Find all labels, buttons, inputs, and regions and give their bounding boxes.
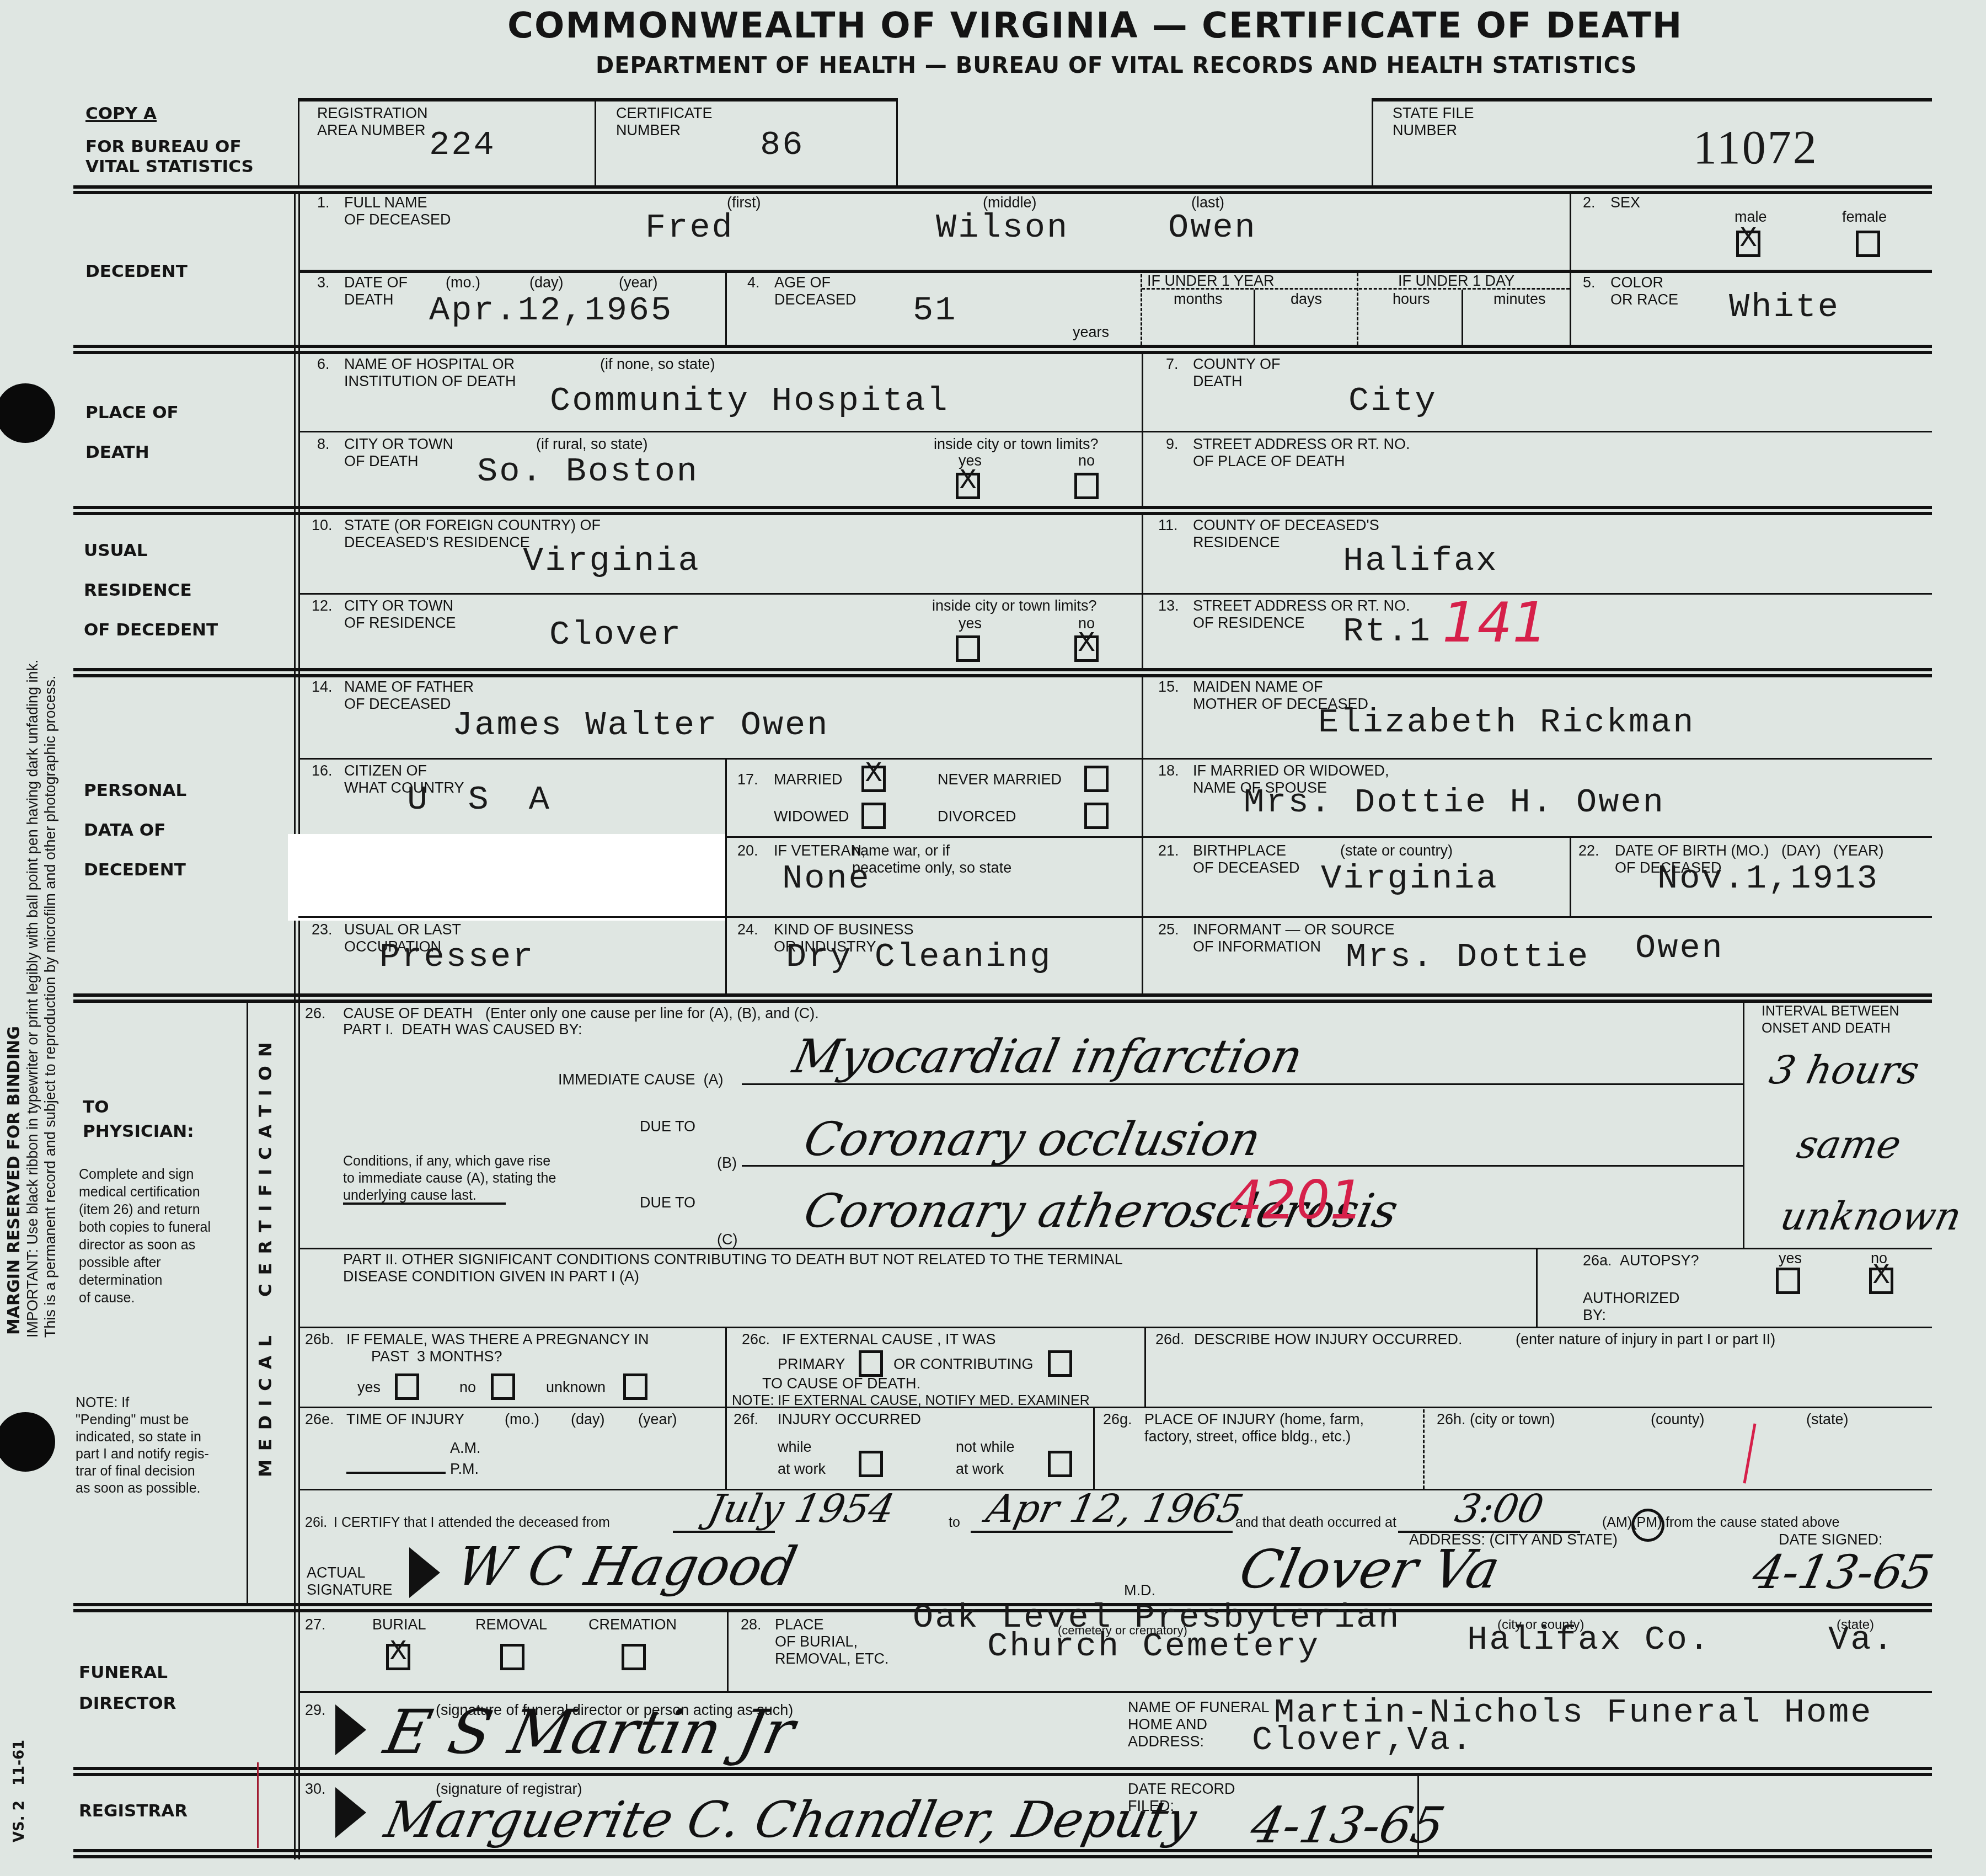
signature-arrow-icon	[409, 1547, 440, 1598]
death-inside-limits-yes-checkbox[interactable]: X	[956, 473, 980, 499]
veteran-field[interactable]: None	[782, 859, 871, 898]
mother-maiden-name-field[interactable]: Elizabeth Rickman	[1318, 703, 1695, 742]
interval-label: INTERVAL BETWEEN ONSET AND DEATH	[1762, 1003, 1899, 1037]
time-of-injury-label: TIME OF INJURY	[346, 1411, 464, 1428]
copy-a-purpose: FOR BUREAU OF VITAL STATISTICS	[85, 137, 254, 177]
widowed-checkbox[interactable]	[861, 803, 886, 829]
cause-code-annotation: 4201	[1229, 1169, 1363, 1231]
age-field[interactable]: 51	[913, 291, 957, 330]
hospital-field[interactable]: Community Hospital	[550, 382, 949, 420]
autopsy-yes-checkbox[interactable]	[1776, 1268, 1800, 1294]
copy-a-label: COPY A	[85, 104, 157, 124]
attended-from-field[interactable]: July 1954	[703, 1484, 899, 1533]
sex-female-checkbox[interactable]	[1856, 231, 1880, 257]
race-field[interactable]: White	[1729, 288, 1840, 327]
death-inside-limits-no-checkbox[interactable]	[1074, 473, 1099, 499]
race-label: COLOR OR RACE	[1610, 274, 1678, 308]
birthplace-field[interactable]: Virginia	[1321, 859, 1498, 898]
time-of-death-field[interactable]: 3:00	[1450, 1484, 1548, 1533]
informant-field[interactable]: Mrs. Dottie	[1346, 938, 1589, 976]
registration-area-label: REGISTRATION AREA NUMBER	[317, 105, 428, 139]
place-of-injury-label: PLACE OF INJURY (home, farm, factory, st…	[1144, 1411, 1364, 1445]
cremation-checkbox[interactable]	[622, 1644, 646, 1670]
date-signed-field[interactable]: 4-13-65	[1748, 1547, 1937, 1597]
interval-c-field[interactable]: unknown	[1776, 1191, 1966, 1241]
funeral-director-signature-field[interactable]: E S Martin Jr	[379, 1702, 800, 1762]
physician-address-field[interactable]: Clover Va	[1235, 1544, 1503, 1594]
never-married-checkbox[interactable]	[1084, 766, 1109, 792]
pregnancy-unknown-checkbox[interactable]	[623, 1373, 647, 1400]
physician-instructions: Complete and sign medical certification …	[79, 1166, 211, 1307]
city-of-death-label: CITY OR TOWN OF DEATH	[344, 436, 453, 470]
margin-binding-note: MARGIN RESERVED FOR BINDING	[4, 1026, 24, 1335]
section-to-physician: TO PHYSICIAN:	[83, 1095, 194, 1143]
injury-time-line[interactable]	[346, 1472, 446, 1474]
pregnancy-yes-checkbox[interactable]	[395, 1373, 419, 1400]
interval-b-field[interactable]: same	[1792, 1120, 1905, 1169]
state-file-number[interactable]: 11072	[1693, 122, 1818, 172]
section-registrar: REGISTRAR	[79, 1801, 188, 1821]
injury-not-at-work-checkbox[interactable]	[1048, 1451, 1072, 1477]
removal-checkbox[interactable]	[500, 1644, 524, 1670]
injury-at-work-checkbox[interactable]	[859, 1451, 883, 1477]
industry-field[interactable]: Dry Cleaning	[786, 938, 1052, 976]
full-name-label: FULL NAME OF DECEASED	[344, 194, 451, 228]
section-decedent: DECEDENT	[85, 261, 188, 281]
registrar-signature-field[interactable]: Marguerite C. Chandler, Deputy	[381, 1795, 1200, 1845]
age-label: AGE OF DECEASED	[774, 274, 857, 308]
binding-hole-bottom	[0, 1412, 55, 1472]
external-primary-checkbox[interactable]	[859, 1350, 883, 1377]
interval-a-field[interactable]: 3 hours	[1765, 1045, 1924, 1095]
funeral-home-address-field[interactable]: Clover,Va.	[1252, 1721, 1474, 1760]
attended-to-field[interactable]: Apr 12, 1965	[982, 1484, 1248, 1533]
burial-county-field[interactable]: Halifax Co.	[1467, 1621, 1711, 1659]
funeral-signature-arrow-icon	[335, 1704, 366, 1755]
redacted-field-19	[288, 834, 725, 921]
divorced-checkbox[interactable]	[1084, 803, 1109, 829]
registrar-signature-arrow-icon	[335, 1787, 366, 1838]
immediate-cause-field[interactable]: Myocardial infarction	[789, 1031, 1307, 1081]
section-usual-residence: USUAL RESIDENCE OF DECEDENT	[84, 541, 218, 640]
cause-of-death-label: CAUSE OF DEATH	[343, 1005, 473, 1022]
margin-important-note: IMPORTANT: Use black ribbon in typewrite…	[24, 659, 41, 1338]
form-code: VS. 2 11-61	[11, 1740, 28, 1842]
residence-city-label: CITY OR TOWN OF RESIDENCE	[344, 597, 456, 632]
state-file-label: STATE FILE NUMBER	[1393, 105, 1474, 139]
burial-checkbox[interactable]: X	[386, 1644, 410, 1670]
city-of-death-field[interactable]: So. Boston	[477, 452, 699, 491]
middle-name-field[interactable]: Wilson	[936, 209, 1069, 247]
residence-city-field[interactable]: Clover	[549, 616, 682, 654]
pregnancy-label: IF FEMALE, WAS THERE A PREGNANCY IN PAST…	[346, 1331, 649, 1365]
pregnancy-no-checkbox[interactable]	[491, 1373, 515, 1400]
certificate-number-label: CERTIFICATE NUMBER	[616, 105, 713, 139]
section-funeral-director: FUNERAL DIRECTOR	[79, 1665, 176, 1711]
injury-description-label: DESCRIBE HOW INJURY OCCURRED.	[1194, 1331, 1463, 1348]
pm-circle[interactable]	[1631, 1509, 1664, 1542]
date-of-death-field[interactable]: Apr.12,1965	[429, 291, 673, 330]
registration-area-number[interactable]: 224	[429, 126, 496, 164]
burial-state-field[interactable]: Va.	[1828, 1621, 1895, 1659]
medical-certification-label: MEDICAL CERTIFICATION	[255, 1033, 276, 1477]
certificate-title: COMMONWEALTH OF VIRGINIA — CERTIFICATE O…	[507, 6, 1683, 46]
residence-state-field[interactable]: Virginia	[523, 542, 700, 580]
external-contributing-checkbox[interactable]	[1048, 1350, 1072, 1377]
section-place-of-death: PLACE OF DEATH	[85, 403, 179, 462]
certificate-number[interactable]: 86	[760, 126, 804, 164]
spouse-name-field[interactable]: Mrs. Dottie H. Owen	[1244, 783, 1665, 822]
occupation-field[interactable]: Presser	[379, 938, 534, 976]
physician-pending-note: NOTE: If "Pending" must be indicated, so…	[76, 1394, 209, 1497]
married-checkbox[interactable]: X	[861, 766, 886, 792]
date-of-birth-field[interactable]: Nov.1,1913	[1657, 859, 1879, 898]
last-name-field[interactable]: Owen	[1168, 209, 1257, 247]
residence-inside-limits-yes-checkbox[interactable]	[956, 635, 980, 662]
street-of-death-label: STREET ADDRESS OR RT. NO. OF PLACE OF DE…	[1193, 436, 1410, 470]
hospital-label: NAME OF HOSPITAL OR INSTITUTION OF DEATH	[344, 356, 516, 390]
red-margin-line	[257, 1762, 259, 1848]
red-check-mark	[1743, 1423, 1756, 1483]
sex-label: SEX	[1610, 194, 1640, 211]
birthplace-label: BIRTHPLACE OF DECEASED	[1193, 842, 1300, 876]
residence-street-field[interactable]: Rt.1	[1343, 612, 1432, 651]
father-name-field[interactable]: James Walter Owen	[452, 706, 829, 745]
part-2-label: PART II. OTHER SIGNIFICANT CONDITIONS CO…	[343, 1251, 1123, 1285]
physician-signature-field[interactable]: W C Hagood	[452, 1542, 801, 1591]
residence-inside-limits-no-checkbox[interactable]: X	[1074, 635, 1099, 662]
first-name-field[interactable]: Fred	[645, 209, 734, 247]
county-of-death-field[interactable]: City	[1348, 382, 1437, 420]
place-of-burial-label: PLACE OF BURIAL, REMOVAL, ETC.	[775, 1616, 889, 1667]
date-of-death-label: DATE OF DEATH	[344, 274, 408, 308]
citizenship-field[interactable]: U S A	[407, 781, 559, 819]
residence-code-annotation: 141	[1442, 590, 1548, 655]
cemetery-name-field-line2[interactable]: Church Cemetery	[987, 1627, 1320, 1666]
certificate-subtitle: DEPARTMENT OF HEALTH — BUREAU OF VITAL R…	[596, 53, 1637, 78]
autopsy-no-checkbox[interactable]: X	[1869, 1268, 1893, 1294]
residence-county-field[interactable]: Halifax	[1343, 542, 1498, 580]
margin-permanent-note: This is a permanent record and subject t…	[42, 675, 59, 1338]
external-cause-label: IF EXTERNAL CAUSE , IT WAS	[782, 1331, 996, 1348]
informant-field-continued[interactable]: Owen	[1635, 929, 1724, 968]
cause-b-field[interactable]: Coronary occlusion	[800, 1114, 1265, 1164]
county-of-death-label: COUNTY OF DEATH	[1193, 356, 1281, 390]
section-personal-data: PERSONAL DATA OF DECEDENT	[84, 781, 186, 880]
sex-male-checkbox[interactable]: X	[1736, 231, 1760, 257]
binding-hole-top	[0, 383, 55, 443]
